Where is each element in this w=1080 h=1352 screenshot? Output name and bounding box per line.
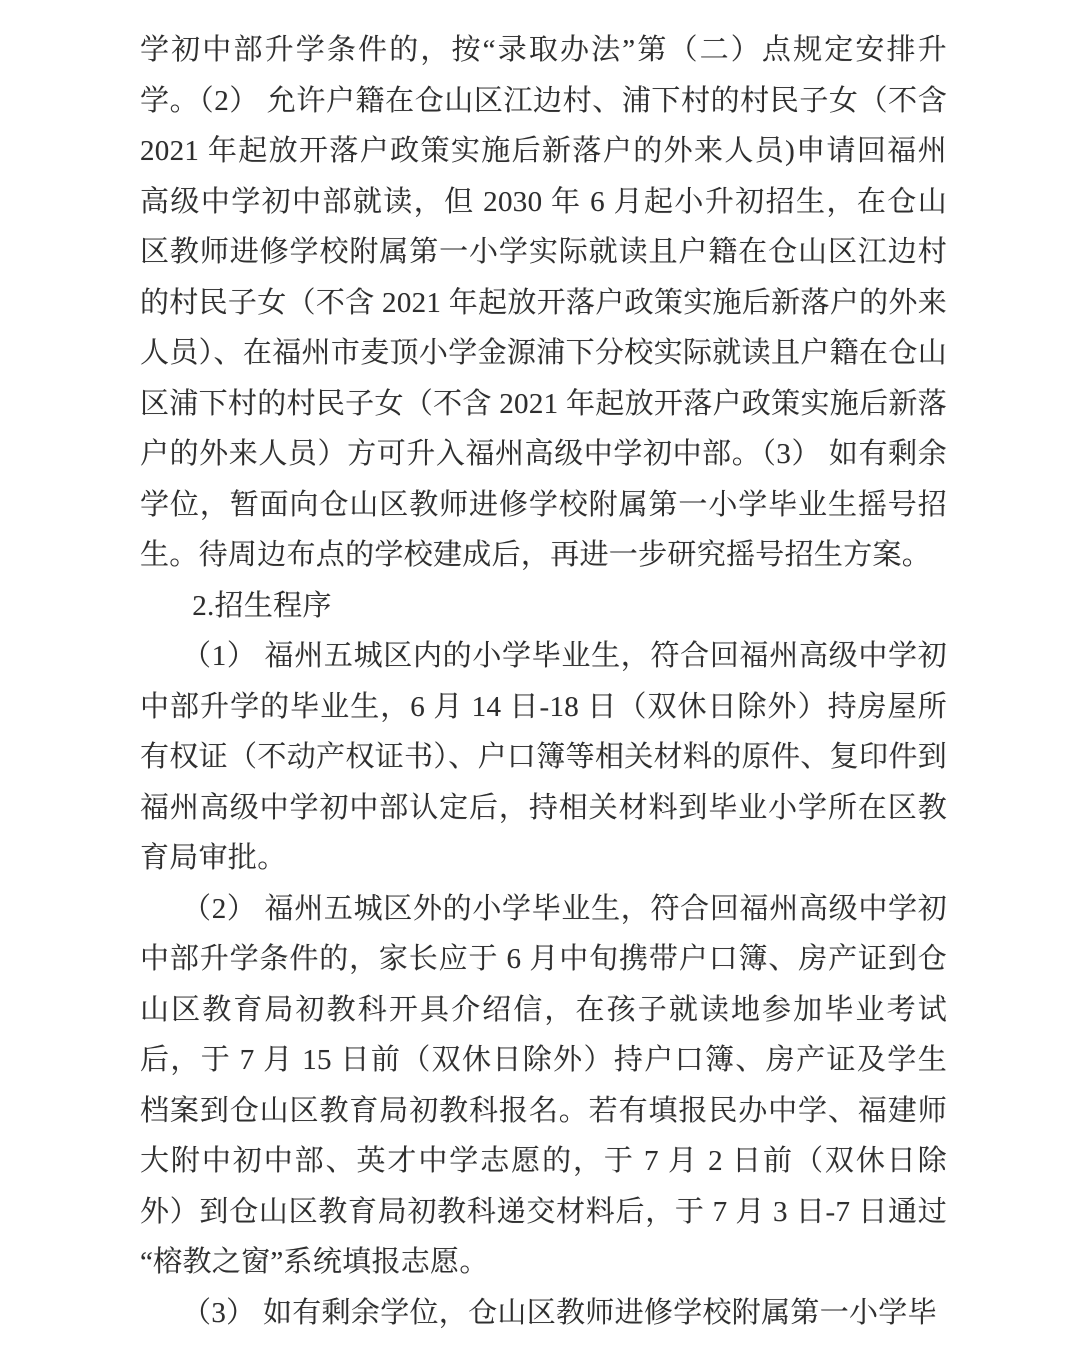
paragraph-continuation: 学初中部升学条件的，按“录取办法”第（二）点规定安排升学。（2） 允许户籍在仓山… <box>140 25 947 581</box>
paragraph-item-2: （2） 福州五城区外的小学毕业生，符合回福州高级中学初中部升学条件的，家长应于 … <box>140 884 947 1288</box>
section-heading-admission-procedure: 2.招生程序 <box>140 581 947 632</box>
document-page: 学初中部升学条件的，按“录取办法”第（二）点规定安排升学。（2） 允许户籍在仓山… <box>0 0 1080 1352</box>
paragraph-item-3-truncated: （3） 如有剩余学位，仓山区教师进修学校附属第一小学毕 <box>140 1288 947 1339</box>
document-background: { "document": { "kind": "scanned-notice-… <box>0 0 1080 1352</box>
paragraph-item-1: （1） 福州五城区内的小学毕业生，符合回福州高级中学初中部升学的毕业生，6 月 … <box>140 631 947 884</box>
